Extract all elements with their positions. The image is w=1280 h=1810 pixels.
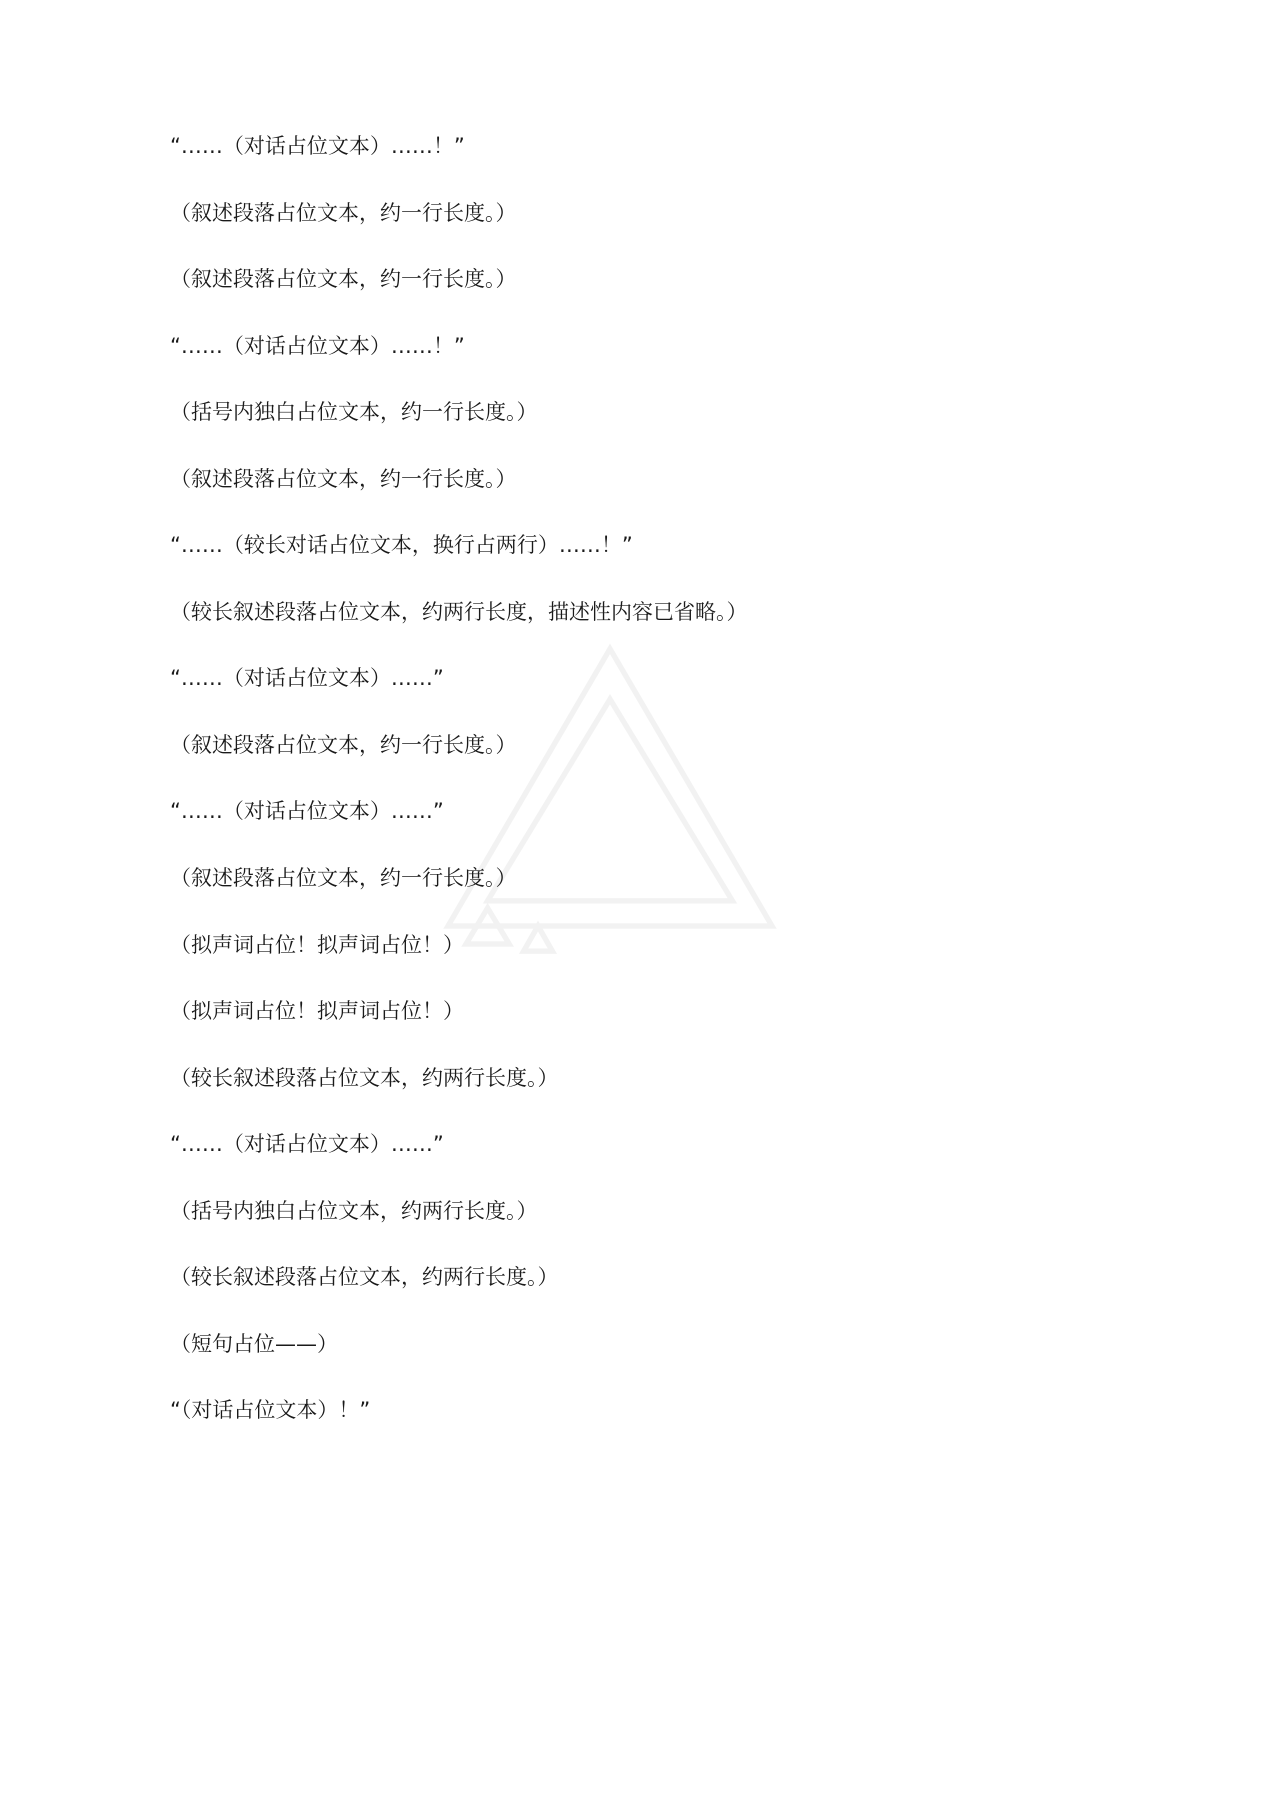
paragraph: “……（对话占位文本）……！”	[170, 130, 1110, 163]
paragraph: （叙述段落占位文本，约一行长度。）	[170, 862, 1110, 895]
paragraph: （较长叙述段落占位文本，约两行长度。）	[170, 1261, 1110, 1294]
paragraph: “……（对话占位文本）……”	[170, 1128, 1110, 1161]
paragraph: （较长叙述段落占位文本，约两行长度，描述性内容已省略。）	[170, 596, 1110, 629]
paragraph: （拟声词占位！拟声词占位！）	[170, 995, 1110, 1028]
paragraph: （叙述段落占位文本，约一行长度。）	[170, 463, 1110, 496]
paragraph: （括号内独白占位文本，约一行长度。）	[170, 396, 1110, 429]
paragraph: “（对话占位文本）！”	[170, 1394, 1110, 1427]
paragraph: （叙述段落占位文本，约一行长度。）	[170, 197, 1110, 230]
paragraph: “……（较长对话占位文本，换行占两行）……！”	[170, 529, 1110, 562]
paragraph: （较长叙述段落占位文本，约两行长度。）	[170, 1062, 1110, 1095]
paragraph: （叙述段落占位文本，约一行长度。）	[170, 729, 1110, 762]
paragraph: “……（对话占位文本）……”	[170, 662, 1110, 695]
paragraph: （叙述段落占位文本，约一行长度。）	[170, 263, 1110, 296]
paragraph: （括号内独白占位文本，约两行长度。）	[170, 1195, 1110, 1228]
paragraph: （拟声词占位！拟声词占位！）	[170, 929, 1110, 962]
document-page: “……（对话占位文本）……！”（叙述段落占位文本，约一行长度。）（叙述段落占位文…	[0, 0, 1280, 1810]
paragraph: （短句占位——）	[170, 1328, 1110, 1361]
paragraph: “……（对话占位文本）……！”	[170, 330, 1110, 363]
paragraph: “……（对话占位文本）……”	[170, 795, 1110, 828]
document-body: “……（对话占位文本）……！”（叙述段落占位文本，约一行长度。）（叙述段落占位文…	[0, 0, 1280, 1427]
